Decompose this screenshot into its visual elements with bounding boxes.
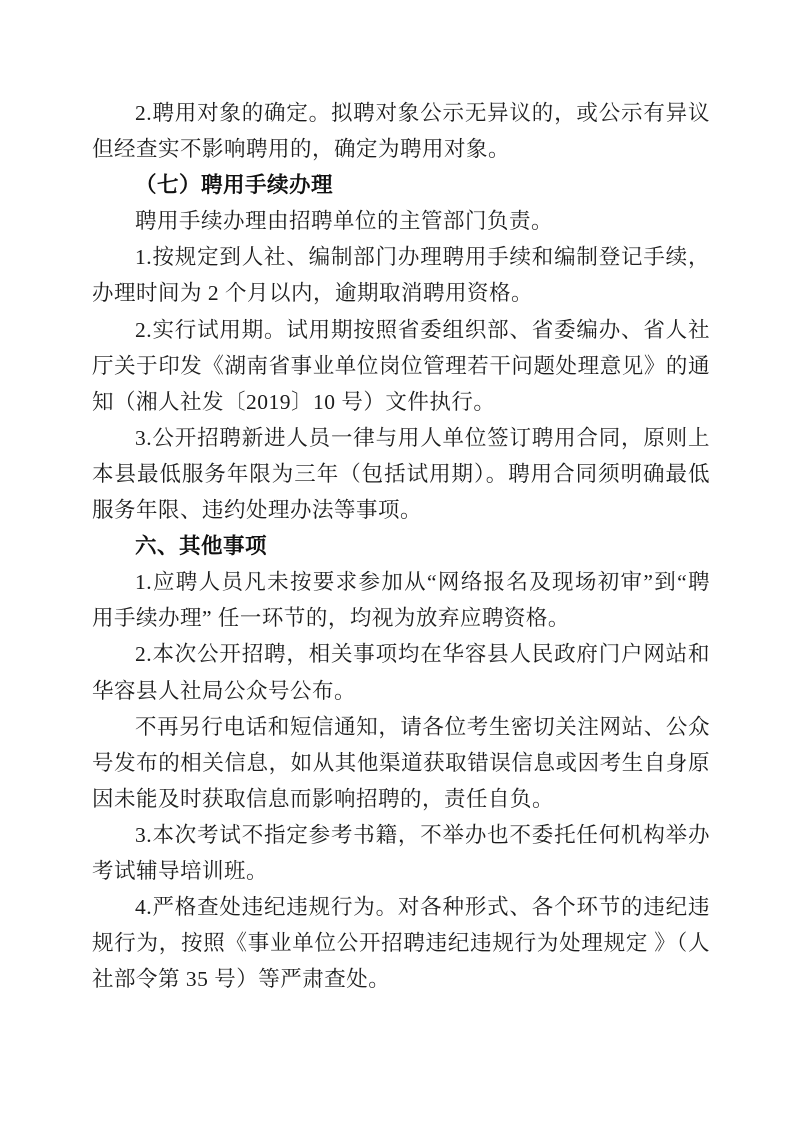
doc-paragraph: 2.聘用对象的确定。拟聘对象公示无异议的，或公示有异议但经查实不影响聘用的，确定…: [92, 95, 710, 167]
section-heading: （七）聘用手续办理: [92, 167, 710, 203]
doc-paragraph: 2.本次公开招聘，相关事项均在华容县人民政府门户网站和华容县人社局公众号公布。: [92, 636, 710, 708]
section-heading: 六、其他事项: [92, 528, 710, 564]
document-text-block: 2.聘用对象的确定。拟聘对象公示无异议的，或公示有异议但经查实不影响聘用的，确定…: [92, 95, 710, 997]
document-page: 2.聘用对象的确定。拟聘对象公示无异议的，或公示有异议但经查实不影响聘用的，确定…: [0, 0, 793, 1122]
doc-paragraph: 3.本次考试不指定参考书籍，不举办也不委托任何机构举办考试辅导培训班。: [92, 817, 710, 889]
doc-paragraph: 不再另行电话和短信通知，请各位考生密切关注网站、公众号发布的相关信息，如从其他渠…: [92, 709, 710, 817]
doc-paragraph: 2.实行试用期。试用期按照省委组织部、省委编办、省人社厅关于印发《湖南省事业单位…: [92, 312, 710, 420]
doc-paragraph: 1.按规定到人社、编制部门办理聘用手续和编制登记手续，办理时间为 2 个月以内，…: [92, 239, 710, 311]
doc-paragraph: 3.公开招聘新进人员一律与用人单位签订聘用合同，原则上本县最低服务年限为三年（包…: [92, 420, 710, 528]
doc-paragraph: 4.严格查处违纪违规行为。对各种形式、各个环节的违纪违规行为，按照《事业单位公开…: [92, 889, 710, 997]
doc-paragraph: 1.应聘人员凡未按要求参加从“网络报名及现场初审”到“聘用手续办理” 任一环节的…: [92, 564, 710, 636]
doc-paragraph: 聘用手续办理由招聘单位的主管部门负责。: [92, 203, 710, 239]
